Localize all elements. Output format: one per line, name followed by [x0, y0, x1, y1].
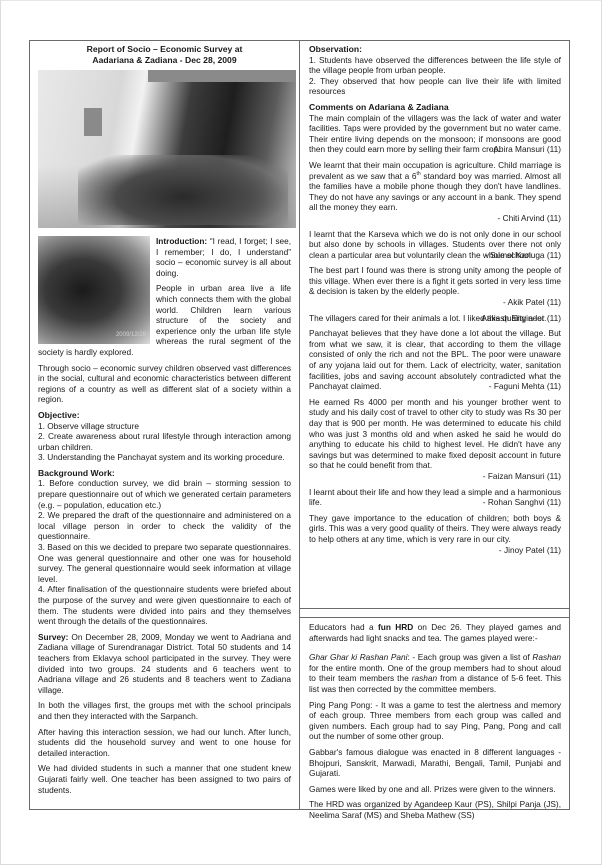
introduction-label: Introduction:	[156, 236, 207, 246]
comment-author: - Chiti Arvind (11)	[309, 213, 561, 224]
game2-para: Ping Pang Pong: - It was a game to test …	[309, 700, 561, 742]
comment-text: They gave importance to the education of…	[309, 513, 561, 545]
background-item: 4. After finalisation of the questionnai…	[38, 584, 291, 626]
hrd-intro-text: Educators had a	[309, 622, 378, 632]
prizes-para: Games were liked by one and all. Prizes …	[309, 784, 561, 795]
comment-text: We learnt that their main occupation is …	[309, 160, 561, 213]
game1-italic: Rashan	[532, 652, 561, 662]
introduction-section: 2009/12/28 Introduction: “I read, I forg…	[38, 236, 291, 405]
comment-author: - Faizan Mansuri (11)	[309, 471, 561, 482]
newsletter-frame: Report of Socio – Economic Survey at Aad…	[29, 40, 570, 810]
observation-heading: Observation:	[309, 44, 561, 55]
comments-heading: Comments on Adariana & Zadiana	[309, 102, 561, 113]
survey-para: Survey: On December 28, 2009, Monday we …	[38, 632, 291, 696]
comment-author: - Jinoy Patel (11)	[309, 545, 561, 556]
objective-item: 1. Observe village structure	[38, 421, 291, 432]
objective-heading: Objective:	[38, 410, 291, 421]
objective-item: 2. Create awareness about rural lifestyl…	[38, 431, 291, 452]
photo-crowd-shape	[78, 155, 288, 225]
observation-item: 1. Students have observed the difference…	[309, 55, 561, 76]
game1-title: Ghar Ghar ki Rashan Pani	[309, 652, 408, 662]
game1-text: : - Each group was given a list of	[408, 652, 533, 662]
survey-label: Survey:	[38, 632, 68, 642]
left-column: Report of Socio – Economic Survey at Aad…	[30, 41, 300, 809]
comment-author: - Rohan Sanghvi (11)	[309, 497, 561, 508]
photo-date-stamp: 2009/12/28	[116, 332, 146, 338]
comment-text: The best part I found was there is stron…	[309, 265, 561, 297]
through-para: Through socio – economic survey children…	[38, 363, 291, 405]
report-title: Report of Socio – Economic Survey at Aad…	[38, 44, 291, 66]
village-group-photo	[38, 70, 296, 228]
background-heading: Background Work:	[38, 468, 291, 479]
students-interview-photo: 2009/12/28	[38, 236, 150, 344]
report-title-line1: Report of Socio – Economic Survey at	[38, 44, 291, 55]
right-column: Observation: 1. Students have observed t…	[300, 41, 569, 809]
observation-section: Observation: 1. Students have observed t…	[300, 41, 569, 609]
background-item: 1. Before conduction survey, we did brai…	[38, 478, 291, 510]
lunch-para: After having this interaction session, w…	[38, 727, 291, 759]
villages-para: In both the villages first, the groups m…	[38, 700, 291, 721]
divided-para: We had divided students in such a manner…	[38, 763, 291, 795]
game3-para: Gabbar's famous dialogue was enacted in …	[309, 747, 561, 779]
objective-item: 3. Understanding the Panchayat system an…	[38, 452, 291, 463]
hrd-intro-bold: fun HRD	[378, 622, 413, 632]
game1-para: Ghar Ghar ki Rashan Pani: - Each group w…	[309, 652, 561, 694]
comment-text: He earned Rs 4000 per month and his youn…	[309, 397, 561, 471]
photo-roof-shape	[148, 70, 296, 82]
organizers-para: The HRD was organized by Agandeep Kaur (…	[309, 799, 561, 820]
comment-author: - Akik Patel (11)	[309, 297, 561, 308]
hrd-section: Educators had a fun HRD on Dec 26. They …	[300, 617, 569, 821]
hrd-intro: Educators had a fun HRD on Dec 26. They …	[309, 622, 561, 643]
report-title-line2: Aadariana & Zadiana - Dec 28, 2009	[38, 55, 291, 66]
photo-window-shape	[84, 108, 102, 136]
survey-text: On December 28, 2009, Monday we went to …	[38, 632, 291, 695]
background-item: 3. Based on this we decided to prepare t…	[38, 542, 291, 584]
observation-item: 2. They observed that how people can liv…	[309, 76, 561, 97]
game1-italic: rashan	[412, 673, 437, 683]
background-item: 2. We prepared the draft of the question…	[38, 510, 291, 542]
